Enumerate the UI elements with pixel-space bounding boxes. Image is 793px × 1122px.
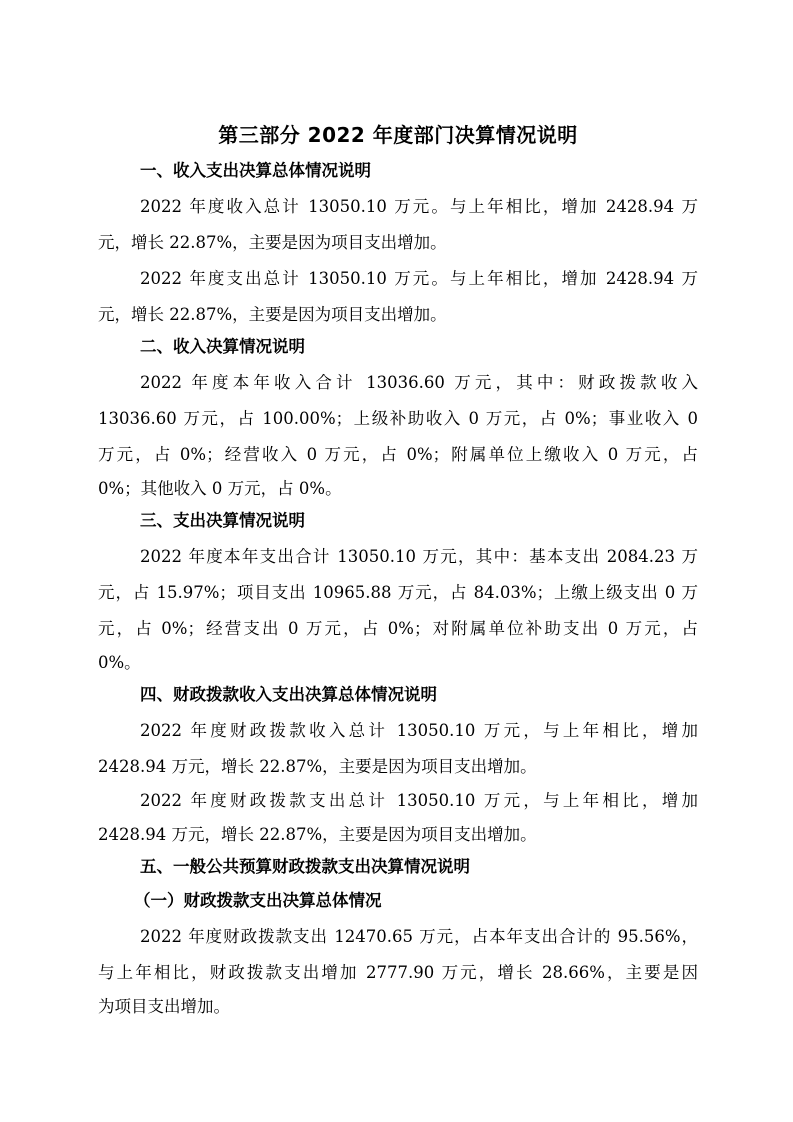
- paragraph-line: 元，增长 22.87%，主要是因为项目支出增加。: [98, 231, 698, 255]
- section-heading-4: 四、财政拨款收入支出决算总体情况说明: [140, 683, 437, 707]
- paragraph-line: 与上年相比，财政拨款支出增加 2777.90 万元，增长 28.66%，主要是因: [98, 961, 698, 985]
- paragraph-line: 2022 年度财政拨款支出总计 13050.10 万元，与上年相比，增加: [140, 789, 698, 813]
- paragraph-line: 元，占 15.97%；项目支出 10965.88 万元，占 84.03%；上缴上…: [98, 581, 698, 605]
- paragraph-line: 0%。: [98, 651, 698, 675]
- section-heading-1: 一、收入支出决算总体情况说明: [140, 159, 371, 183]
- subsection-heading: （一）财政拨款支出决算总体情况: [134, 889, 382, 913]
- page-title: 第三部分 2022 年度部门决算情况说明: [98, 121, 698, 149]
- paragraph-line: 2022 年度本年支出合计 13050.10 万元，其中：基本支出 2084.2…: [140, 545, 698, 569]
- paragraph-line: 元，增长 22.87%，主要是因为项目支出增加。: [98, 303, 698, 327]
- paragraph-line: 0%；其他收入 0 万元，占 0%。: [98, 477, 698, 501]
- paragraph-line: 2022 年度财政拨款收入总计 13050.10 万元，与上年相比，增加: [140, 719, 698, 743]
- paragraph-line: 2022 年度支出总计 13050.10 万元。与上年相比，增加 2428.94…: [140, 267, 698, 291]
- paragraph-line: 2022 年度本年收入合计 13036.60 万元，其中：财政拨款收入: [140, 371, 698, 395]
- section-heading-3: 三、支出决算情况说明: [140, 509, 305, 533]
- paragraph-line: 元，占 0%；经营支出 0 万元，占 0%；对附属单位补助支出 0 万元，占: [98, 617, 698, 641]
- paragraph-line: 2428.94 万元，增长 22.87%，主要是因为项目支出增加。: [98, 823, 698, 847]
- paragraph-line: 万元，占 0%；经营收入 0 万元，占 0%；附属单位上缴收入 0 万元，占: [98, 443, 698, 467]
- paragraph-line: 2428.94 万元，增长 22.87%，主要是因为项目支出增加。: [98, 755, 698, 779]
- paragraph-line: 为项目支出增加。: [98, 995, 698, 1019]
- paragraph-line: 13036.60 万元，占 100.00%；上级补助收入 0 万元，占 0%；事…: [98, 407, 698, 431]
- section-heading-5: 五、一般公共预算财政拨款支出决算情况说明: [140, 855, 470, 879]
- paragraph-line: 2022 年度收入总计 13050.10 万元。与上年相比，增加 2428.94…: [140, 195, 698, 219]
- paragraph-line: 2022 年度财政拨款支出 12470.65 万元，占本年支出合计的 95.56…: [140, 925, 698, 949]
- section-heading-2: 二、收入决算情况说明: [140, 335, 305, 359]
